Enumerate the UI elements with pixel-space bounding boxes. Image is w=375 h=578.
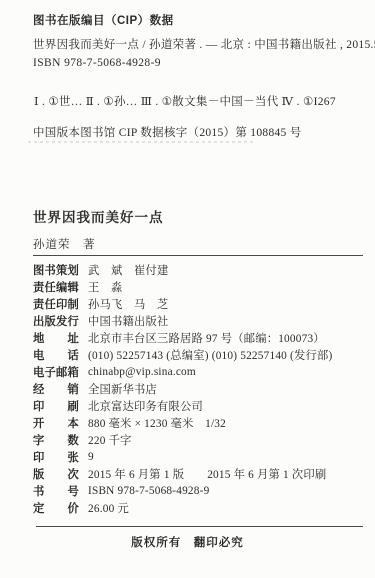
table-row-word-count: 字 数 220 千字 xyxy=(33,431,367,448)
row-label: 出版发行 xyxy=(33,313,81,329)
table-row-responsible-editor: 责任编辑 王 淼 xyxy=(33,278,367,295)
row-label: 电 话 xyxy=(33,347,81,363)
copyright-notice: 版权所有 翻印必究 xyxy=(0,534,375,550)
row-value: 武 斌 崔付建 xyxy=(88,262,168,278)
divider-bottom xyxy=(36,526,363,527)
row-label: 开 本 xyxy=(33,415,81,431)
table-row-isbn: 书 号 ISBN 978-7-5068-4928-9 xyxy=(33,482,367,499)
cip-classification-line: Ⅰ . ①世… Ⅱ . ①孙… Ⅲ . ①散文集－中国－当代 Ⅳ . ①I267 xyxy=(34,93,336,109)
row-value: 北京市丰台区三路居路 97 号（邮编：100073） xyxy=(88,330,325,346)
colophon-table: 图书策划 武 斌 崔付建 责任编辑 王 淼 责任印制 孙马飞 马 芝 出版发行 … xyxy=(33,261,367,516)
table-row-sheets: 印 张 9 xyxy=(33,448,367,465)
row-label: 图书策划 xyxy=(33,262,81,278)
cip-record-number-line: 中国版本图书馆 CIP 数据核字（2015）第 108845 号 xyxy=(33,124,302,140)
cip-publication-line: 世界因我而美好一点 / 孙道荣著 . — 北京 : 中国书籍出版社 , 2015… xyxy=(33,36,375,52)
row-value: 全国新华书店 xyxy=(88,381,157,397)
table-row-email: 电子邮箱 chinabp@vip.sina.com xyxy=(33,363,367,380)
table-row-printer: 印 刷 北京富达印务有限公司 xyxy=(33,397,367,414)
row-label: 经 销 xyxy=(33,381,81,397)
table-row-format: 开 本 880 毫米 × 1230 毫米 1/32 xyxy=(33,414,367,431)
table-row-phone: 电 话 (010) 52257143 (总编室) (010) 52257140 … xyxy=(33,346,367,363)
row-label: 版 次 xyxy=(33,466,81,482)
row-value: 中国书籍出版社 xyxy=(88,313,168,329)
row-value: 880 毫米 × 1230 毫米 1/32 xyxy=(88,415,226,431)
row-value: (010) 52257143 (总编室) (010) 52257140 (发行部… xyxy=(88,347,332,363)
row-value: 26.00 元 xyxy=(88,500,129,516)
row-value: chinabp@vip.sina.com xyxy=(88,366,196,378)
table-row-print-supervisor: 责任印制 孙马飞 马 芝 xyxy=(33,295,367,312)
row-value: 孙马飞 马 芝 xyxy=(88,296,168,312)
row-label: 责任编辑 xyxy=(33,279,81,295)
table-row-distribution: 经 销 全国新华书店 xyxy=(33,380,367,397)
cip-isbn-line: ISBN 978-7-5068-4928-9 xyxy=(33,57,161,69)
book-copyright-page: 图书在版编目（CIP）数据 世界因我而美好一点 / 孙道荣著 . — 北京 : … xyxy=(0,0,375,578)
row-label: 地 址 xyxy=(33,330,81,346)
table-row-book-planning: 图书策划 武 斌 崔付建 xyxy=(33,261,367,278)
row-value: 王 淼 xyxy=(88,279,123,295)
row-value: ISBN 978-7-5068-4928-9 xyxy=(88,485,209,497)
row-label: 书 号 xyxy=(33,483,81,499)
row-label: 印 刷 xyxy=(33,398,81,414)
scan-noise-artifact xyxy=(28,141,256,143)
table-row-address: 地 址 北京市丰台区三路居路 97 号（邮编：100073） xyxy=(33,329,367,346)
table-row-price: 定 价 26.00 元 xyxy=(33,499,367,516)
row-value: 220 千字 xyxy=(88,432,132,448)
divider-top xyxy=(33,255,363,256)
table-row-publisher: 出版发行 中国书籍出版社 xyxy=(33,312,367,329)
row-value: 北京富达印务有限公司 xyxy=(88,398,203,414)
row-value: 2015 年 6 月第 1 版 2015 年 6 月第 1 次印刷 xyxy=(88,466,326,482)
row-label: 电子邮箱 xyxy=(33,364,81,380)
row-label: 责任印制 xyxy=(33,296,81,312)
row-label: 定 价 xyxy=(33,500,81,516)
table-row-edition: 版 次 2015 年 6 月第 1 版 2015 年 6 月第 1 次印刷 xyxy=(33,465,367,482)
row-label: 字 数 xyxy=(33,432,81,448)
row-value: 9 xyxy=(88,451,94,463)
book-title: 世界因我而美好一点 xyxy=(33,206,164,226)
book-author: 孙道荣 著 xyxy=(33,236,96,252)
cip-section-heading: 图书在版编目（CIP）数据 xyxy=(33,12,174,28)
row-label: 印 张 xyxy=(33,449,81,465)
